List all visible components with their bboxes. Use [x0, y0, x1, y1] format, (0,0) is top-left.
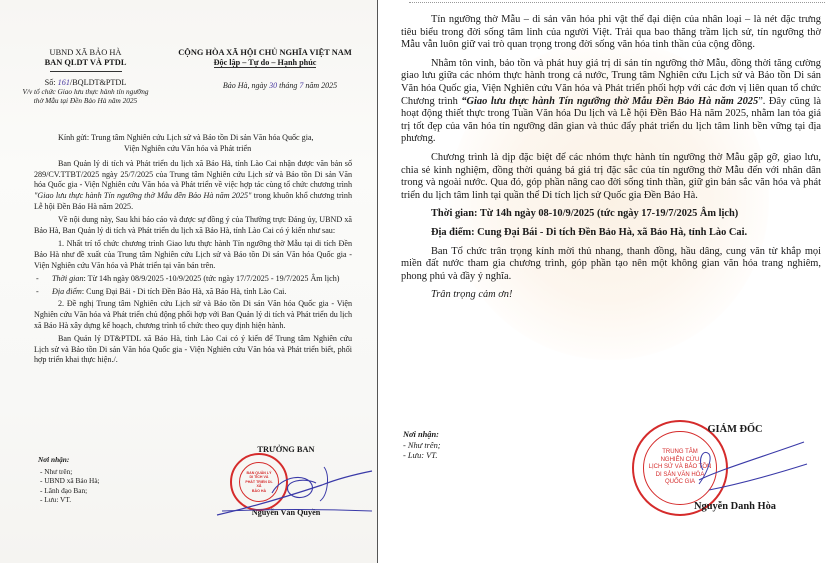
bullet-place: - Địa điểm: Cung Đại Bái - Di tích Đền B…: [34, 287, 352, 298]
paragraph-2: Về nội dung này, Sau khi báo cáo và được…: [34, 215, 352, 236]
doc-number-suffix: /BQLDT&PTDL: [70, 78, 126, 87]
recipients-title: Nơi nhận:: [403, 430, 441, 441]
issuer-underline: [50, 71, 122, 72]
issuer-block: UBND XÃ BẢO HÀ BAN QLDT VÀ PTDL Số: 161/…: [18, 48, 153, 105]
paragraph-1: Ban Quản lý di tích và Phát triển du lịc…: [34, 159, 352, 212]
doc-number-handwritten: 161: [58, 78, 70, 87]
event-place: Địa điểm: Cung Đại Bái - Di tích Đền Bảo…: [401, 227, 821, 240]
item-1: 1. Nhất trí tổ chức chương trình Giao lư…: [34, 239, 352, 271]
recipient-item: - UBND xã Bảo Hà;: [38, 476, 100, 486]
bullet-time: - Thời gian: Từ 14h ngày 08/9/2025 -10/9…: [34, 274, 352, 285]
signer-title: TRƯỞNG BAN: [226, 445, 346, 454]
paragraph-4: Ban Tổ chức trân trọng kính mời thủ nhan…: [401, 246, 821, 284]
recipients-title: Nơi nhận:: [38, 455, 100, 465]
document-subject: V/v tổ chức Giao lưu thực hành tín ngưỡn…: [18, 88, 153, 105]
addressee: Kính gửi: Trung tâm Nghiên cứu Lịch sử v…: [34, 133, 352, 154]
recipient-item: - Như trên;: [38, 467, 100, 477]
recipients-block: Nơi nhận: - Như trên; - Lưu: VT.: [403, 430, 441, 462]
issuer-line1: UBND XÃ BẢO HÀ: [18, 48, 153, 58]
closing-paragraph: Ban Quản lý DT&PTDL xã Bảo Hà, tỉnh Lào …: [34, 334, 352, 366]
right-document-page: Tín ngưỡng thờ Mẫu – di sản văn hóa phi …: [379, 0, 835, 563]
right-document-body: Tín ngưỡng thờ Mẫu – di sản văn hóa phi …: [401, 14, 821, 302]
left-document-body: Kính gửi: Trung tâm Nghiên cứu Lịch sử v…: [34, 133, 352, 369]
thanks-line: Trân trọng cảm ơn!: [401, 289, 821, 302]
national-header: CỘNG HÒA XÃ HỘI CHỦ NGHĨA VIỆT NAM Độc l…: [160, 48, 370, 91]
issuer-line2: BAN QLDT VÀ PTDL: [18, 58, 153, 68]
recipient-item: - Lãnh đạo Ban;: [38, 486, 100, 496]
left-document-page: UBND XÃ BẢO HÀ BAN QLDT VÀ PTDL Số: 161/…: [0, 0, 378, 563]
national-motto: Độc lập – Tự do – Hạnh phúc: [160, 58, 370, 68]
paragraph-1: Tín ngưỡng thờ Mẫu – di sản văn hóa phi …: [401, 14, 821, 52]
doc-number-prefix: Số:: [45, 78, 58, 87]
signature-block: TRƯỞNG BAN Nguyễn Văn Quyền: [226, 445, 346, 517]
recipients-block: Nơi nhận: - Như trên; - UBND xã Bảo Hà; …: [38, 455, 100, 505]
signer-title: GIÁM ĐỐC: [655, 424, 815, 435]
item-2: 2. Đề nghị Trung tâm Nghiên cứu Lịch sử …: [34, 299, 352, 331]
nation-title: CỘNG HÒA XÃ HỘI CHỦ NGHĨA VIỆT NAM: [160, 48, 370, 58]
dotted-divider: [409, 2, 825, 3]
recipient-item: - Lưu: VT.: [38, 495, 100, 505]
signer-name: Nguyễn Văn Quyền: [226, 508, 346, 517]
event-time: Thời gian: Từ 14h ngày 08-10/9/2025 (tức…: [401, 208, 821, 221]
signature-block: GIÁM ĐỐC Nguyễn Danh Hòa: [655, 424, 815, 512]
paragraph-3: Chương trình là dịp đặc biệt để các nhóm…: [401, 152, 821, 202]
recipient-item: - Lưu: VT.: [403, 451, 441, 462]
signer-name: Nguyễn Danh Hòa: [655, 501, 815, 512]
document-date: Bảo Hà, ngày 30 tháng 7 năm 2025: [160, 81, 370, 91]
paragraph-2: Nhằm tôn vinh, bảo tồn và phát huy giá t…: [401, 58, 821, 146]
recipient-item: - Như trên;: [403, 441, 441, 452]
